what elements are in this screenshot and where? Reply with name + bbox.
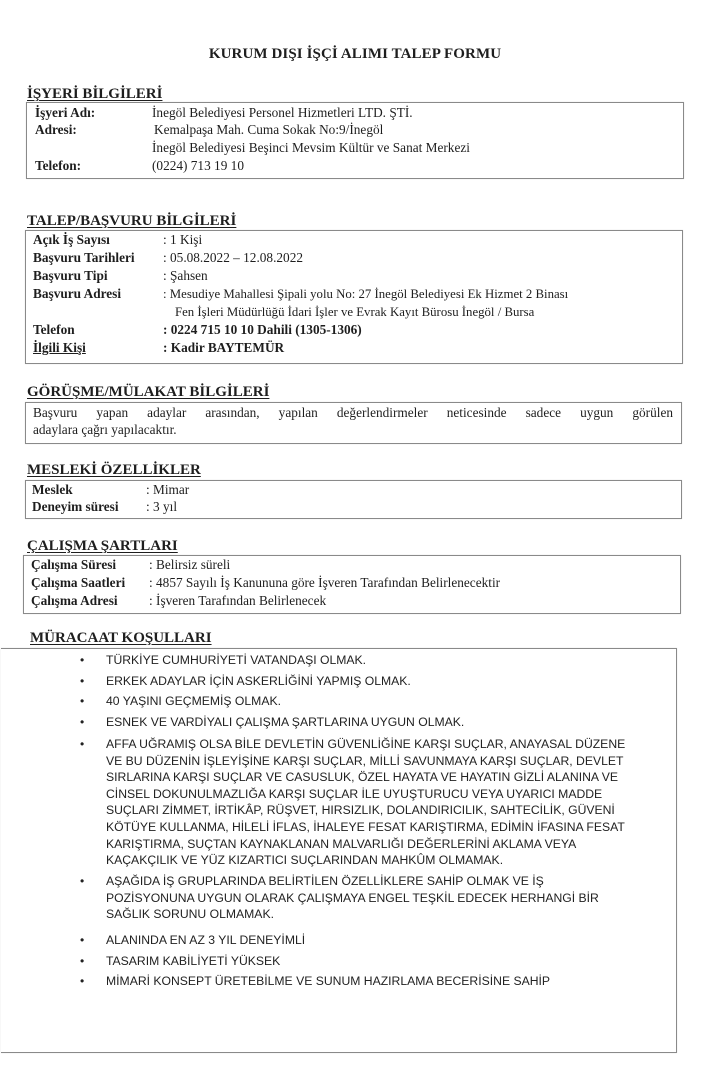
condition-line: SAĞLIK SORUNU OLMAMAK. bbox=[106, 906, 666, 923]
field-value: : Mimar bbox=[146, 482, 189, 498]
condition-item: •ERKEK ADAYLAR İÇİN ASKERLİĞİNİ YAPMIŞ O… bbox=[106, 673, 666, 690]
section-heading-gorusme: GÖRÜŞME/MÜLAKAT BİLGİLERİ bbox=[27, 384, 269, 400]
gorusme-line-1: Başvuru yapan adaylar arasından, yapılan… bbox=[33, 405, 673, 422]
section-heading-mesleki: MESLEKİ ÖZELLİKLER bbox=[27, 462, 201, 478]
talep-box: Açık İş Sayısı : 1 Kişi Başvuru Tarihler… bbox=[25, 230, 683, 364]
field-value: (0224) 713 19 10 bbox=[152, 158, 244, 174]
bullet-icon: • bbox=[80, 873, 84, 890]
mesleki-box: Meslek : Mimar Deneyim süresi : 3 yıl bbox=[25, 480, 682, 519]
bullet-icon: • bbox=[80, 714, 84, 731]
condition-line: ERKEK ADAYLAR İÇİN ASKERLİĞİNİ YAPMIŞ OL… bbox=[106, 673, 666, 690]
condition-line: MİMARİ KONSEPT ÜRETEBİLME VE SUNUM HAZIR… bbox=[106, 973, 666, 990]
condition-line: ESNEK VE VARDİYALI ÇALIŞMA ŞARTLARINA UY… bbox=[106, 714, 666, 731]
field-value: İnegöl Belediyesi Beşinci Mevsim Kültür … bbox=[152, 140, 470, 156]
field-value: : 05.08.2022 – 12.08.2022 bbox=[163, 250, 303, 266]
bullet-icon: • bbox=[80, 932, 84, 949]
isyeri-box: İşyeri Adı: İnegöl Belediyesi Personel H… bbox=[26, 102, 684, 179]
condition-line: 40 YAŞINI GEÇMEMİŞ OLMAK. bbox=[106, 693, 666, 710]
condition-line: AFFA UĞRAMIŞ OLSA BİLE DEVLETİN GÜVENLİĞ… bbox=[106, 736, 666, 753]
field-label: Telefon: bbox=[35, 158, 81, 174]
field-value: : 1 Kişi bbox=[163, 232, 202, 248]
bullet-icon: • bbox=[80, 953, 84, 970]
gorusme-box: Başvuru yapan adaylar arasından, yapılan… bbox=[25, 402, 682, 444]
field-value: : Belirsiz süreli bbox=[149, 557, 230, 573]
gorusme-text: Başvuru yapan adaylar arasından, yapılan… bbox=[33, 405, 673, 438]
condition-line: POZİSYONUNA UYGUN OLARAK ÇALIŞMAYA ENGEL… bbox=[106, 890, 666, 907]
field-label: Başvuru Adresi bbox=[33, 286, 121, 302]
gorusme-line-2: adaylara çağrı yapılacaktır. bbox=[33, 422, 673, 439]
bullet-icon: • bbox=[80, 693, 84, 710]
field-value: : Mesudiye Mahallesi Şipali yolu No: 27 … bbox=[163, 286, 568, 302]
condition-item: •TASARIM KABİLİYETİ YÜKSEK bbox=[106, 953, 666, 970]
field-value: Fen İşleri Müdürlüğü İdari İşler ve Evra… bbox=[175, 304, 534, 320]
section-heading-calisma: ÇALIŞMA ŞARTLARI bbox=[27, 538, 178, 554]
calisma-box: Çalışma Süresi : Belirsiz süreli Çalışma… bbox=[23, 555, 681, 614]
condition-line: CİNSEL DOKUNULMAZLIĞA KARŞI SUÇLAR İLE U… bbox=[106, 786, 666, 803]
field-value: : 4857 Sayılı İş Kanununa göre İşveren T… bbox=[149, 575, 500, 591]
condition-item: •ALANINDA EN AZ 3 YIL DENEYİMLİ bbox=[106, 932, 666, 949]
bullet-icon: • bbox=[80, 736, 84, 753]
condition-line: SUÇLARI ZİMMET, İRTİKÂP, RÜŞVET, HIRSIZL… bbox=[106, 802, 666, 819]
field-label: Adresi: bbox=[35, 122, 77, 138]
muracaat-box: •TÜRKİYE CUMHURİYETİ VATANDAŞI OLMAK.•ER… bbox=[1, 648, 677, 1053]
condition-line: TÜRKİYE CUMHURİYETİ VATANDAŞI OLMAK. bbox=[106, 652, 666, 669]
bullet-icon: • bbox=[80, 652, 84, 669]
condition-line: KÖTÜYE KULLANMA, HİLELİ İFLAS, İHALEYE F… bbox=[106, 819, 666, 836]
condition-line: TASARIM KABİLİYETİ YÜKSEK bbox=[106, 953, 666, 970]
field-label: İşyeri Adı: bbox=[35, 105, 95, 121]
section-heading-talep: TALEP/BAŞVURU BİLGİLERİ bbox=[27, 213, 236, 229]
condition-line: AŞAĞIDA İŞ GRUPLARINDA BELİRTİLEN ÖZELLİ… bbox=[106, 873, 666, 890]
condition-line: SIRLARINA KARŞI SUÇLAR VE CASUSLUK, ÖZEL… bbox=[106, 769, 666, 786]
condition-item: •ESNEK VE VARDİYALI ÇALIŞMA ŞARTLARINA U… bbox=[106, 714, 666, 731]
field-value: : Şahsen bbox=[163, 268, 208, 284]
field-value: Kemalpaşa Mah. Cuma Sokak No:9/İnegöl bbox=[154, 122, 383, 138]
condition-line: ALANINDA EN AZ 3 YIL DENEYİMLİ bbox=[106, 932, 666, 949]
condition-item: •AFFA UĞRAMIŞ OLSA BİLE DEVLETİN GÜVENLİ… bbox=[106, 736, 666, 869]
field-label: Açık İş Sayısı bbox=[33, 232, 110, 248]
field-label: Çalışma Saatleri bbox=[31, 575, 125, 591]
bullet-icon: • bbox=[80, 673, 84, 690]
field-value: : 3 yıl bbox=[146, 499, 177, 515]
form-title: KURUM DIŞI İŞÇİ ALIMI TALEP FORMU bbox=[0, 46, 710, 63]
field-value: : Kadir BAYTEMÜR bbox=[163, 340, 284, 356]
condition-item: •MİMARİ KONSEPT ÜRETEBİLME VE SUNUM HAZI… bbox=[106, 973, 666, 990]
condition-line: VE BU DÜZENİN İŞLEYİŞİNE KARŞI SUÇLAR, M… bbox=[106, 753, 666, 770]
condition-item: •TÜRKİYE CUMHURİYETİ VATANDAŞI OLMAK. bbox=[106, 652, 666, 669]
field-label: Çalışma Adresi bbox=[31, 593, 118, 609]
bullet-icon: • bbox=[80, 973, 84, 990]
condition-line: KARIŞTIRMA, SUÇTAN KAYNAKLANAN MALVARLIĞ… bbox=[106, 836, 666, 853]
field-label: Meslek bbox=[32, 482, 73, 498]
field-label: İlgili Kişi bbox=[33, 340, 86, 356]
field-value: : 0224 715 10 10 Dahili (1305-1306) bbox=[163, 322, 362, 338]
section-heading-muracaat: MÜRACAAT KOŞULLARI bbox=[30, 630, 212, 646]
field-label: Başvuru Tarihleri bbox=[33, 250, 135, 266]
field-label: Telefon bbox=[33, 322, 75, 338]
field-label: Deneyim süresi bbox=[32, 499, 119, 515]
field-value: İnegöl Belediyesi Personel Hizmetleri LT… bbox=[152, 105, 413, 121]
condition-line: KAÇAKÇILIK VE YÜZ KIZARTICI SUÇLARINDAN … bbox=[106, 852, 666, 869]
section-heading-isyeri: İŞYERİ BİLGİLERİ bbox=[27, 86, 162, 102]
field-value: : İşveren Tarafından Belirlenecek bbox=[149, 593, 326, 609]
field-label: Başvuru Tipi bbox=[33, 268, 108, 284]
field-label: Çalışma Süresi bbox=[31, 557, 116, 573]
condition-item: •AŞAĞIDA İŞ GRUPLARINDA BELİRTİLEN ÖZELL… bbox=[106, 873, 666, 923]
condition-item: •40 YAŞINI GEÇMEMİŞ OLMAK. bbox=[106, 693, 666, 710]
